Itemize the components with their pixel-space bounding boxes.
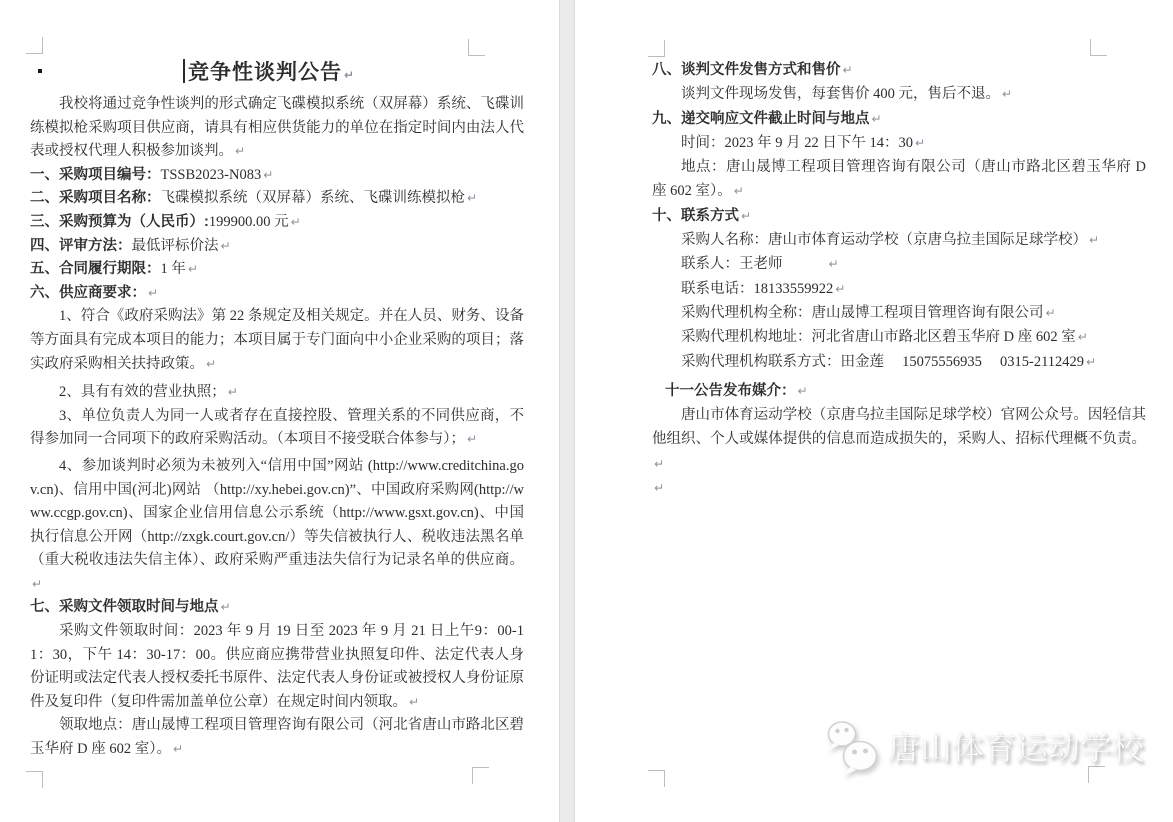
paragraph-text: 3、单位负责人为同一人或者存在直接控股、管理关系的不同供应商，不得参加同一合同项… — [30, 408, 524, 448]
paragraph: 采购人名称：唐山市体育运动学校（京唐乌拉圭国际足球学校）↵ — [652, 228, 1146, 252]
heading-label: 十、联系方式 — [652, 208, 739, 224]
heading-label: 五、合同履行期限： — [30, 261, 161, 277]
paragraph-text: 联系电话：18133559922 — [681, 281, 833, 297]
heading-label: 四、评审方法： — [30, 238, 132, 254]
heading-label: 七、采购文件领取时间与地点 — [30, 599, 219, 615]
paragraph: 4、参加谈判时必须为未被列入“信用中国”网站 (http://www.credi… — [30, 455, 524, 597]
paragraph-text: 联系人：王老师 — [681, 256, 783, 272]
paragraph-text: 竞争性谈判公告 — [188, 61, 342, 84]
heading-label: 三、采购预算为（人民币）: — [30, 214, 209, 230]
paragraph-mark: ↵ — [829, 257, 839, 271]
paragraph: 十一公告发布媒介：↵ — [652, 379, 1146, 403]
page-2-text: 八、谈判文件发售方式和售价↵谈判文件现场发售，每套售价 400 元，售后不退。↵… — [652, 58, 1146, 500]
paragraph-mark: ↵ — [872, 112, 882, 126]
paragraph-text: 唐山市体育运动学校（京唐乌拉圭国际足球学校）官网公众号。因轻信其他组织、个人或媒… — [652, 407, 1146, 447]
paragraph: 我校将通过竞争性谈判的形式确定飞碟模拟系统（双屏幕）系统、飞碟训练模拟枪采购项目… — [30, 93, 524, 164]
paragraph-mark: ↵ — [221, 600, 231, 614]
paragraph: 时间：2023 年 9 月 22 日下午 14：30↵ — [652, 131, 1146, 155]
paragraph-mark: ↵ — [654, 481, 664, 495]
paragraph-text: 采购代理机构全称：唐山晟博工程项目管理咨询有限公司 — [681, 305, 1044, 321]
paragraph-text: 最低评标价法 — [132, 238, 219, 254]
paragraph-mark: ↵ — [32, 577, 42, 591]
paragraph-mark: ↵ — [467, 191, 477, 205]
paragraph-mark: ↵ — [1089, 233, 1099, 247]
paragraph-mark: ↵ — [206, 357, 216, 371]
paragraph: 联系电话：18133559922↵ — [652, 277, 1146, 301]
margin-mark-top-left-icon — [26, 37, 43, 54]
paragraph-text: 谈判文件现场发售，每套售价 400 元，售后不退。 — [681, 86, 1000, 102]
margin-mark-bottom-right-icon — [472, 767, 489, 784]
paragraph-text: 199900.00 元 — [209, 214, 289, 230]
margin-mark-bottom-left-icon — [26, 771, 43, 788]
heading-label: 六、供应商要求： — [30, 285, 146, 301]
heading-label: 八、谈判文件发售方式和售价 — [652, 62, 841, 78]
document-title: 竞争性谈判公告↵ — [30, 55, 524, 93]
margin-mark-top-left-icon — [648, 40, 665, 57]
paragraph-mark: ↵ — [173, 742, 183, 756]
heading-label: 一、采购项目编号： — [30, 167, 161, 183]
page-2: 八、谈判文件发售方式和售价↵谈判文件现场发售，每套售价 400 元，售后不退。↵… — [576, 0, 1173, 822]
paragraph-mark: ↵ — [409, 695, 419, 709]
heading-label: 九、递交响应文件截止时间与地点 — [652, 111, 870, 127]
page-1: 竞争性谈判公告↵我校将通过竞争性谈判的形式确定飞碟模拟系统（双屏幕）系统、飞碟训… — [0, 0, 559, 822]
document-print-preview: 竞争性谈判公告↵我校将通过竞争性谈判的形式确定飞碟模拟系统（双屏幕）系统、飞碟训… — [0, 0, 1173, 822]
paragraph-mark: ↵ — [467, 432, 477, 446]
paragraph-text: 时间：2023 年 9 月 22 日下午 14：30 — [681, 135, 913, 151]
paragraph-mark: ↵ — [188, 262, 198, 276]
paragraph: 四、评审方法：最低评标价法↵ — [30, 235, 524, 259]
paragraph: 五、合同履行期限：1 年↵ — [30, 258, 524, 282]
paragraph: ↵ — [652, 476, 1146, 500]
paragraph-text: 地点：唐山晟博工程项目管理咨询有限公司（唐山市路北区碧玉华府 D 座 602 室… — [652, 159, 1146, 199]
paragraph: 地点：唐山晟博工程项目管理咨询有限公司（唐山市路北区碧玉华府 D 座 602 室… — [652, 155, 1146, 204]
heading-label: 二、采购项目名称： — [30, 190, 161, 206]
paragraph: 七、采购文件领取时间与地点↵ — [30, 596, 524, 620]
paragraph-text: 飞碟模拟系统（双屏幕）系统、飞碟训练模拟枪 — [161, 190, 466, 206]
paragraph-mark: ↵ — [734, 184, 744, 198]
paragraph-text: 2、具有有效的营业执照； — [59, 384, 226, 400]
page-separator — [559, 0, 575, 822]
paragraph: 2、具有有效的营业执照；↵ — [30, 381, 524, 405]
paragraph: 一、采购项目编号：TSSB2023-N083↵ — [30, 164, 524, 188]
paragraph-text: 1、符合《政府采购法》第 22 条规定及相关规定。并在人员、财务、设备等方面具有… — [30, 308, 524, 371]
watermark: 唐山体育运动学校 — [824, 718, 1144, 778]
paragraph-mark: ↵ — [741, 209, 751, 223]
page-1-text: 竞争性谈判公告↵我校将通过竞争性谈判的形式确定飞碟模拟系统（双屏幕）系统、飞碟训… — [30, 55, 524, 762]
margin-mark-top-right-icon — [468, 39, 485, 56]
paragraph: 三、采购预算为（人民币）:199900.00 元↵ — [30, 211, 524, 235]
paragraph-mark: ↵ — [235, 144, 245, 158]
text-cursor — [183, 59, 185, 83]
paragraph-text: 采购人名称：唐山市体育运动学校（京唐乌拉圭国际足球学校） — [681, 232, 1087, 248]
paragraph-text: 领取地点：唐山晟博工程项目管理咨询有限公司（河北省唐山市路北区碧玉华府 D 座 … — [30, 717, 524, 757]
paragraph: 唐山市体育运动学校（京唐乌拉圭国际足球学校）官网公众号。因轻信其他组织、个人或媒… — [652, 403, 1146, 476]
paragraph-mark: ↵ — [654, 457, 664, 471]
paragraph: 领取地点：唐山晟博工程项目管理咨询有限公司（河北省唐山市路北区碧玉华府 D 座 … — [30, 714, 524, 761]
paragraph: 3、单位负责人为同一人或者存在直接控股、管理关系的不同供应商，不得参加同一合同项… — [30, 405, 524, 452]
paragraph-mark: ↵ — [843, 63, 853, 77]
paragraph-text: 采购文件领取时间：2023 年 9 月 19 日至 2023 年 9 月 21 … — [30, 623, 524, 710]
paragraph-text: 我校将通过竞争性谈判的形式确定飞碟模拟系统（双屏幕）系统、飞碟训练模拟枪采购项目… — [30, 96, 524, 159]
paragraph-mark: ↵ — [1046, 306, 1056, 320]
paragraph-text: 采购代理机构地址：河北省唐山市路北区碧玉华府 D 座 602 室 — [681, 329, 1076, 345]
paragraph-mark: ↵ — [291, 215, 301, 229]
margin-mark-bottom-left-icon — [648, 770, 665, 787]
paragraph: 六、供应商要求：↵ — [30, 282, 524, 306]
paragraph-mark: ↵ — [148, 286, 158, 300]
paragraph-mark: ↵ — [1078, 330, 1088, 344]
paragraph-mark: ↵ — [221, 239, 231, 253]
paragraph: 九、递交响应文件截止时间与地点↵ — [652, 107, 1146, 131]
heading-label: 十一公告发布媒介： — [665, 383, 796, 399]
margin-mark-top-right-icon — [1090, 39, 1107, 56]
paragraph-mark: ↵ — [915, 136, 925, 150]
paragraph-mark: ↵ — [228, 385, 238, 399]
watermark-text: 唐山体育运动学校 — [888, 732, 1144, 764]
paragraph: 十、联系方式↵ — [652, 204, 1146, 228]
paragraph-mark: ↵ — [835, 282, 845, 296]
paragraph: 采购代理机构联系方式：田金莲 15075556935 0315-2112429↵ — [652, 350, 1146, 374]
paragraph-mark: ↵ — [263, 168, 273, 182]
paragraph-mark: ↵ — [798, 384, 808, 398]
paragraph: 采购代理机构全称：唐山晟博工程项目管理咨询有限公司↵ — [652, 301, 1146, 325]
paragraph: 1、符合《政府采购法》第 22 条规定及相关规定。并在人员、财务、设备等方面具有… — [30, 305, 524, 376]
paragraph-text: TSSB2023-N083 — [161, 167, 262, 183]
paragraph: 联系人：王老师↵ — [652, 252, 1146, 276]
paragraph-text: 采购代理机构联系方式：田金莲 15075556935 0315-2112429 — [681, 354, 1084, 370]
paragraph-mark: ↵ — [344, 68, 355, 82]
paragraph: 采购文件领取时间：2023 年 9 月 19 日至 2023 年 9 月 21 … — [30, 620, 524, 714]
paragraph-text: 4、参加谈判时必须为未被列入“信用中国”网站 (http://www.credi… — [30, 458, 524, 568]
paragraph: 采购代理机构地址：河北省唐山市路北区碧玉华府 D 座 602 室↵ — [652, 325, 1146, 349]
paragraph: 八、谈判文件发售方式和售价↵ — [652, 58, 1146, 82]
paragraph-text: 1 年 — [161, 261, 186, 277]
wechat-icon — [824, 718, 882, 778]
paragraph: 二、采购项目名称：飞碟模拟系统（双屏幕）系统、飞碟训练模拟枪↵ — [30, 187, 524, 211]
paragraph-mark: ↵ — [1086, 355, 1096, 369]
paragraph-mark: ↵ — [1002, 87, 1012, 101]
paragraph: 谈判文件现场发售，每套售价 400 元，售后不退。↵ — [652, 82, 1146, 106]
